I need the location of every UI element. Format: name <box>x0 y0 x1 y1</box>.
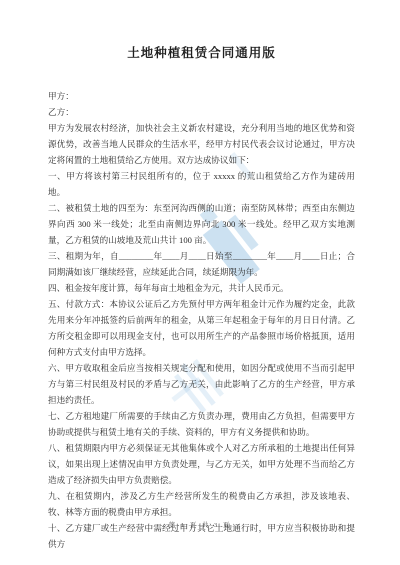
contract-page: 土地种植租赁合同通用版 甲方： 乙方： 甲方为发展农村经济，加快社会主义新农村建… <box>0 0 400 565</box>
contract-clause-2: 二、被租赁土地的四至为：东至河沟西侧的山道；南至防风林带；西至由东侧边界向西 3… <box>48 200 355 248</box>
contract-clause-5: 五、付款方式：本协议公证后乙方先预付甲方两年租金计元作为履约定金，此款先用来分年… <box>48 296 355 360</box>
contract-clause-9: 九、在租赁期内，涉及乙方生产经营所发生的税费由乙方承担，涉及该地表、牧、林等方面… <box>48 488 355 520</box>
page-number-footer: 第 1 页 共 3 页 <box>0 520 400 529</box>
document-title: 土地种植租赁合同通用版 <box>48 45 355 61</box>
party-b-label: 乙方： <box>48 104 355 120</box>
party-a-label: 甲方： <box>48 88 355 104</box>
contract-clause-8: 八、租赁期限内甲方必须保证无其他集体或个人对乙方所承租的土地提出任何异议，如果出… <box>48 440 355 488</box>
contract-clause-4: 四、租金按年度计算，每年每亩土地租金为元，共计人民币元。 <box>48 280 355 296</box>
contract-clause-1: 一、甲方将该村第三村民组所有的，位于 xxxxx 的荒山租赁给乙方作为建砖用地。 <box>48 168 355 200</box>
contract-clause-3: 三、租期为年，自________年____月____日始至________年__… <box>48 248 355 280</box>
contract-clause-6: 六、甲方收取租金后应当按相关规定分配和使用，如因分配或使用不当而引起甲方与第三村… <box>48 360 355 408</box>
document-body: 土地种植租赁合同通用版 甲方： 乙方： 甲方为发展农村经济，加快社会主义新农村建… <box>0 0 400 552</box>
contract-clause-7: 七、乙方租地建厂所需要的手续由乙方负责办理，费用由乙方负担，但需要甲方协助或提供… <box>48 408 355 440</box>
contract-preamble: 甲方为发展农村经济，加快社会主义新农村建设，充分利用当地的地区优势和资源优势，改… <box>48 120 355 168</box>
